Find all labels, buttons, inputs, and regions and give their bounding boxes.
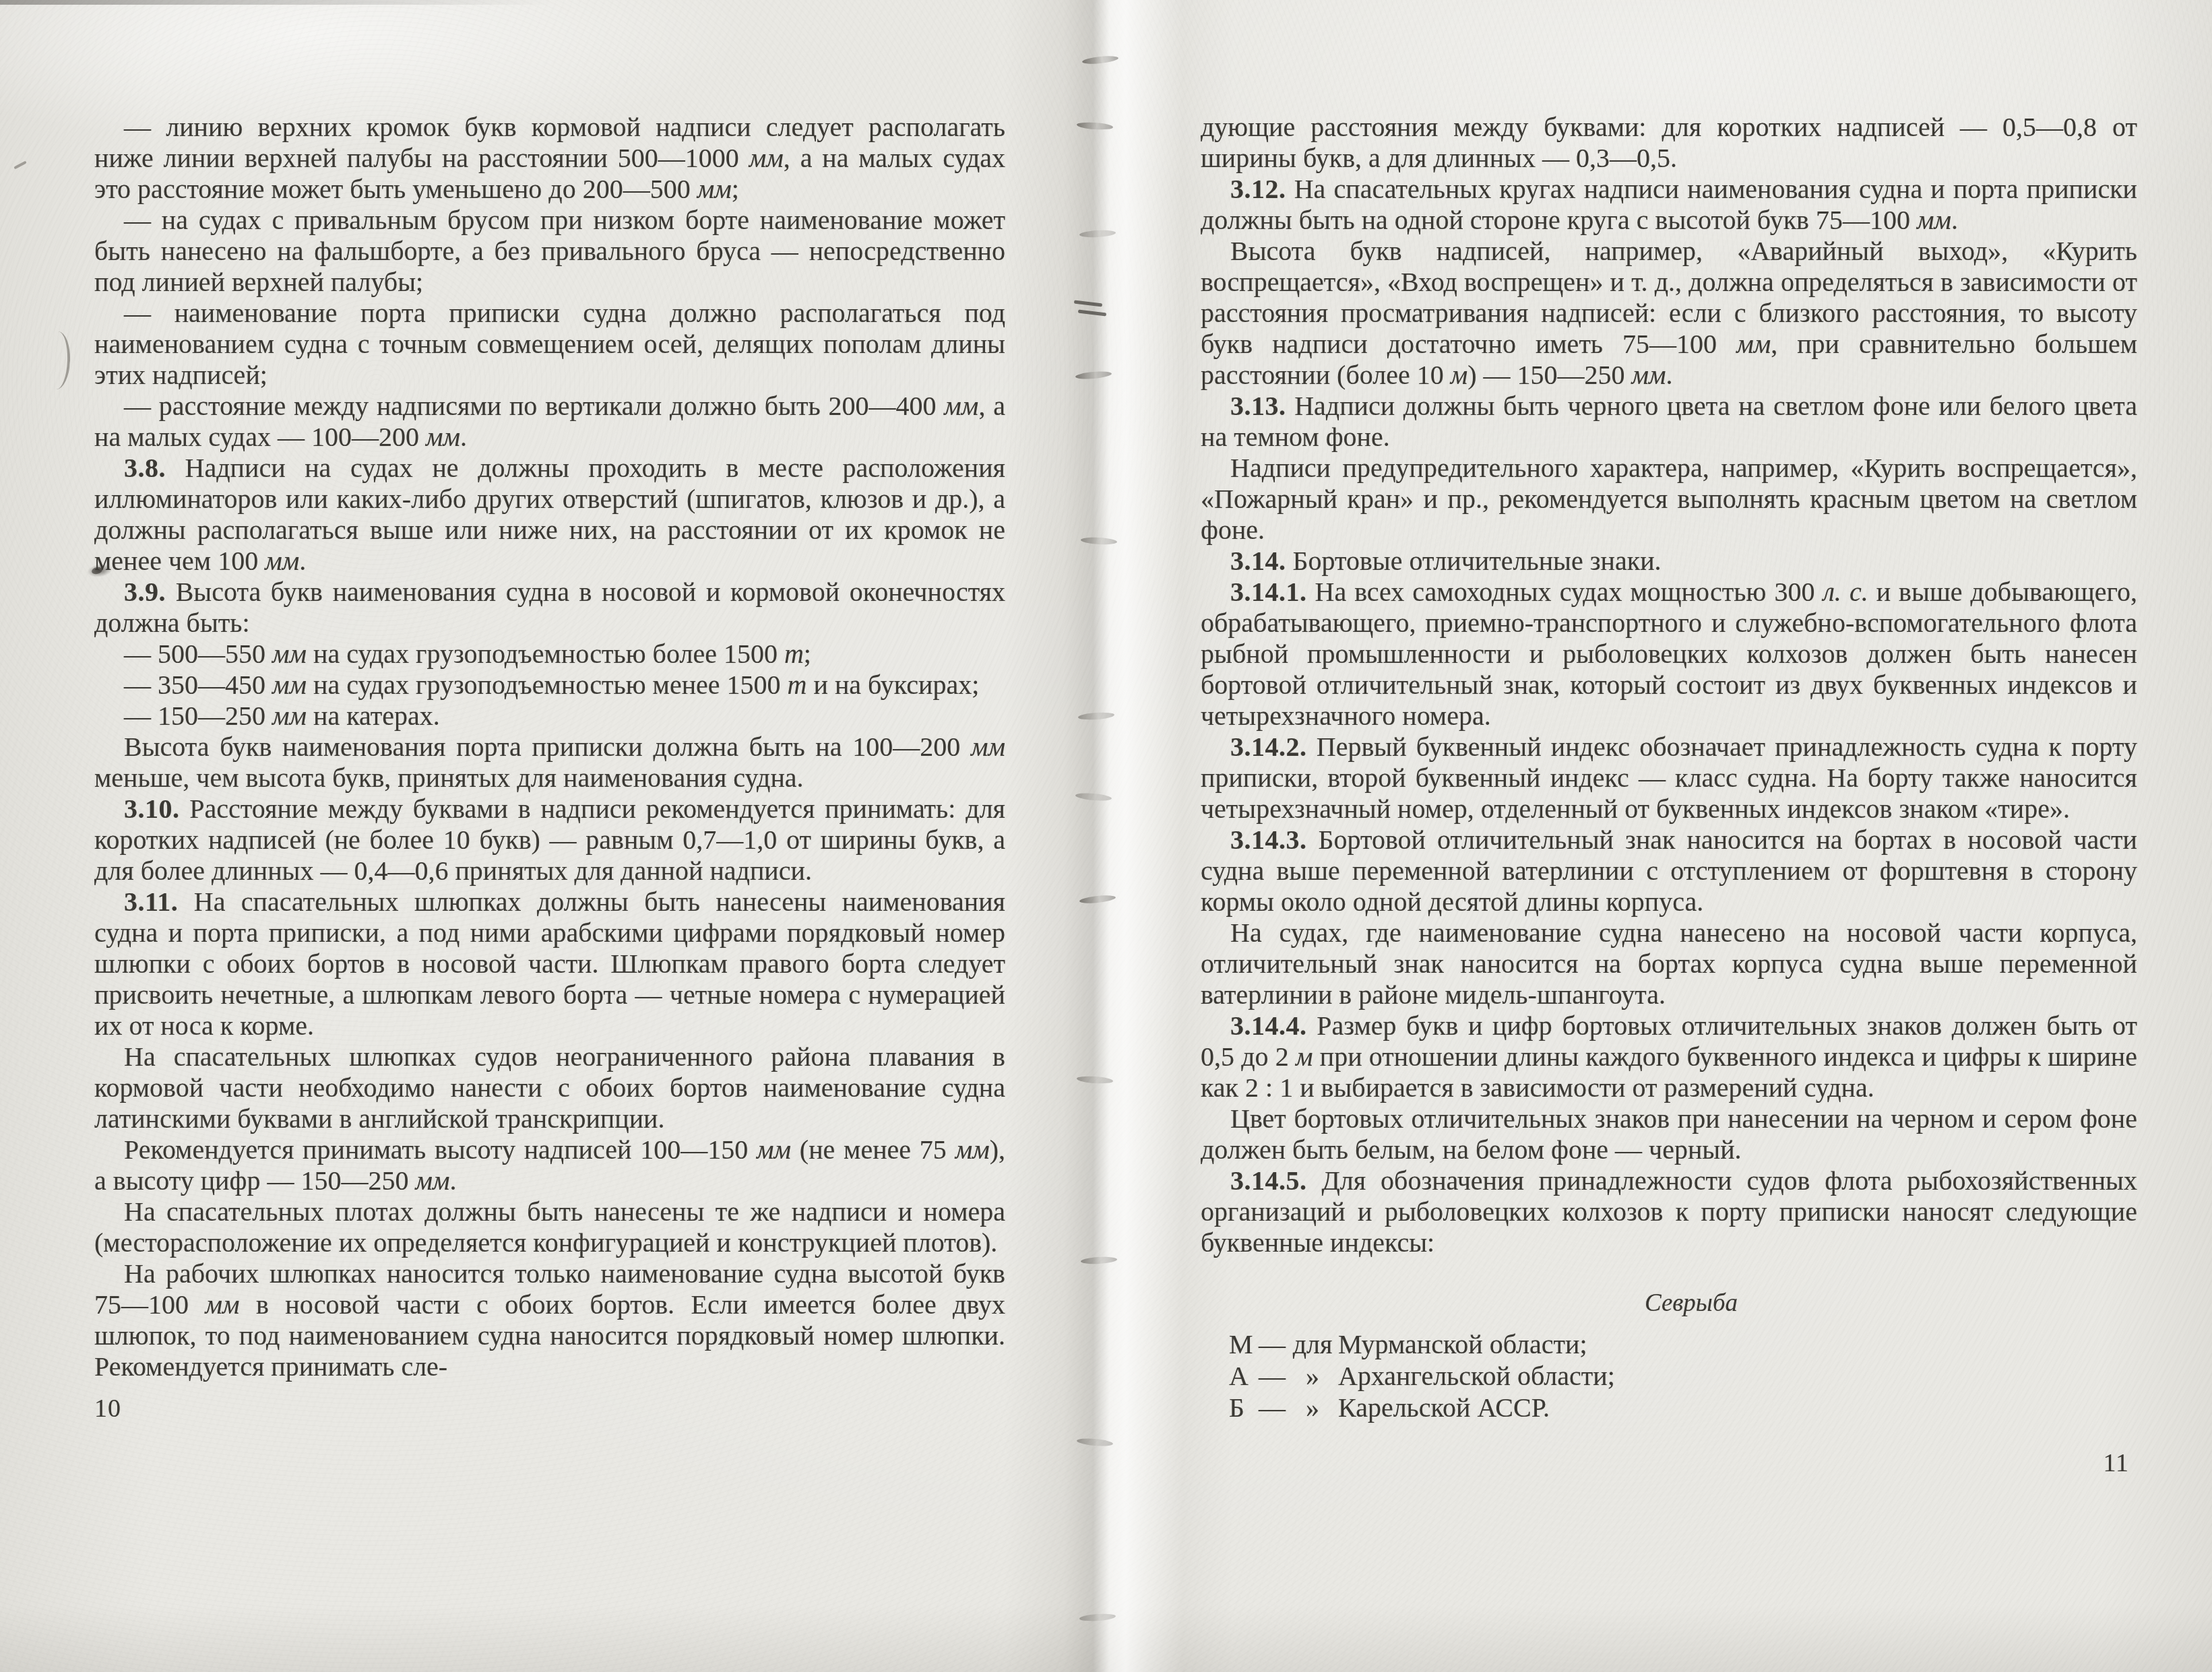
index-ditto: » (1291, 1360, 1334, 1392)
unit-italic: т (784, 639, 804, 669)
binding-stitch-mark (1077, 121, 1114, 131)
index-ditto: для (1291, 1328, 1334, 1360)
section-number: 3.13. (1230, 391, 1286, 421)
section-number: 3.8. (124, 453, 166, 483)
paragraph: На спасательных шлюпках судов неограниче… (94, 1041, 1005, 1134)
index-row: Б—»Карельской АССР. (1201, 1392, 2137, 1423)
binding-stitch-mark (1081, 537, 1117, 546)
binding-gutter-shadow (1004, 0, 1233, 1672)
unit-italic: л. с. (1823, 577, 1868, 607)
unit-italic: м (1451, 360, 1468, 390)
index-region: Архангельской области; (1334, 1360, 2137, 1392)
paragraph: 3.11. На спасательных шлюпках должны быт… (94, 887, 1005, 1041)
unit-italic: мм (272, 670, 307, 700)
section-number: 3.10. (124, 794, 180, 824)
paragraph: — 350—450 мм на судах грузоподъемностью … (94, 670, 1005, 701)
paragraph: 3.14.4. Размер букв и цифр бортовых отли… (1201, 1010, 2137, 1103)
unit-italic: мм (272, 639, 307, 669)
paragraph: — расстояние между надписями по вертикал… (94, 391, 1005, 453)
section-number: 3.14.2. (1230, 732, 1307, 762)
paragraph: 3.10. Расстояние между буквами в надписи… (94, 794, 1005, 887)
section-number: 3.9. (124, 577, 166, 607)
binding-stitch-mark (1078, 711, 1115, 721)
paragraph: — наименование порта приписки судна долж… (94, 298, 1005, 391)
binding-stitch-mark (1077, 1438, 1114, 1448)
unit-italic: мм (426, 422, 460, 452)
unit-italic: мм (971, 732, 1005, 762)
paragraph: — линию верхних кромок букв кормовой над… (94, 112, 1005, 205)
unit-italic: мм (415, 1165, 449, 1196)
right-page: дующие расстояния между буквами: для кор… (1201, 112, 2137, 1479)
unit-italic: мм (1736, 329, 1771, 359)
margin-pencil-paren (44, 331, 71, 389)
paragraph: 3.14.1. На всех самоходных судах мощност… (1201, 577, 2137, 732)
unit-italic: мм (265, 546, 299, 576)
unit-italic: мм (757, 1134, 791, 1165)
index-letter: М (1229, 1328, 1253, 1360)
unit-italic: мм (272, 701, 307, 731)
paragraph: Рекомендуется принимать высоту надписей … (94, 1134, 1005, 1196)
binding-stitch-mark (1079, 230, 1116, 238)
binding-stitch-mark (1075, 371, 1112, 381)
left-page: — линию верхних кромок букв кормовой над… (94, 112, 1005, 1424)
paragraph: На спасательных плотах должны быть нанес… (94, 1196, 1005, 1258)
unit-italic: мм (749, 143, 784, 173)
binding-stitch-mark (1079, 1613, 1116, 1622)
index-group-heading: Севрыба (1201, 1288, 2137, 1319)
book-spread: — линию верхних кромок букв кормовой над… (0, 0, 2212, 1672)
unit-italic: мм (955, 1134, 990, 1165)
binding-stitch-mark (1077, 1075, 1114, 1085)
section-number: 3.14.4. (1230, 1010, 1307, 1041)
paragraph: дующие расстояния между буквами: для кор… (1201, 112, 2137, 174)
paragraph: 3.8. Надписи на судах не должны проходит… (94, 453, 1005, 577)
section-number: 3.14. (1230, 546, 1286, 576)
binding-stitch-mark (1078, 309, 1106, 316)
margin-pencil-tick (13, 161, 27, 170)
paragraph: Цвет бортовых отличительных знаков при н… (1201, 1103, 2137, 1165)
paragraph: На рабочих шлюпках наносится только наим… (94, 1258, 1005, 1382)
page-top-edge-shadow (0, 0, 552, 5)
left-page-number: 10 (94, 1393, 1005, 1424)
index-row: А—»Архангельской области; (1201, 1360, 2137, 1392)
paragraph: — 150—250 мм на катерах. (94, 701, 1005, 732)
index-ditto: » (1291, 1392, 1334, 1423)
paragraph: 3.14. Бортовые отличительные знаки. (1201, 546, 2137, 577)
paragraph: — на судах с привальным брусом при низко… (94, 205, 1005, 298)
unit-italic: мм (1632, 360, 1666, 390)
index-letter: А (1229, 1360, 1253, 1392)
section-number: 3.11. (124, 887, 178, 917)
paragraph: 3.14.5. Для обозначения принадлежности с… (1201, 1165, 2137, 1258)
unit-italic: м (1296, 1041, 1313, 1072)
unit-italic: мм (697, 174, 732, 204)
section-number: 3.14.3. (1230, 825, 1307, 855)
binding-stitch-mark (1075, 792, 1112, 802)
index-row: М—дляМурманской области; (1201, 1328, 2137, 1360)
paragraph: — 500—550 мм на судах грузоподъемностью … (94, 639, 1005, 670)
index-letter: Б (1229, 1392, 1253, 1423)
paragraph: На судах, где наименование судна нанесен… (1201, 918, 2137, 1010)
paragraph: 3.9. Высота букв наименования судна в но… (94, 577, 1005, 639)
section-number: 3.14.5. (1230, 1165, 1307, 1196)
unit-italic: мм (944, 391, 978, 421)
port-index-list: М—дляМурманской области;А—»Архангельской… (1201, 1328, 2137, 1423)
section-number: 3.14.1. (1230, 577, 1307, 607)
paragraph: Высота букв наименования порта приписки … (94, 732, 1005, 794)
right-page-number: 11 (1201, 1448, 2137, 1479)
unit-italic: мм (205, 1289, 239, 1320)
index-dash: — (1253, 1328, 1291, 1360)
left-page-text: — линию верхних кромок букв кормовой над… (94, 112, 1005, 1382)
section-number: 3.12. (1230, 174, 1286, 204)
paragraph: Высота букв надписей, например, «Аварийн… (1201, 236, 2137, 391)
paragraph: 3.14.3. Бортовой отличительный знак нано… (1201, 825, 2137, 918)
index-region: Мурманской области; (1334, 1328, 2137, 1360)
paragraph: 3.12. На спасательных кругах надписи наи… (1201, 174, 2137, 236)
binding-stitch-mark (1081, 1256, 1117, 1265)
index-dash: — (1253, 1392, 1291, 1423)
binding-stitch-mark (1074, 300, 1102, 307)
paragraph: 3.13. Надписи должны быть черного цвета … (1201, 391, 2137, 453)
index-dash: — (1253, 1360, 1291, 1392)
right-page-text: дующие расстояния между буквами: для кор… (1201, 112, 2137, 1258)
paragraph: Надписи предупредительного характера, на… (1201, 453, 2137, 546)
binding-stitch-mark (1082, 55, 1119, 65)
unit-italic: т (788, 670, 807, 700)
paragraph: 3.14.2. Первый буквенный индекс обознача… (1201, 732, 2137, 825)
unit-italic: мм (1917, 205, 1951, 235)
index-region: Карельской АССР. (1334, 1392, 2137, 1423)
binding-stitch-mark (1079, 894, 1116, 905)
